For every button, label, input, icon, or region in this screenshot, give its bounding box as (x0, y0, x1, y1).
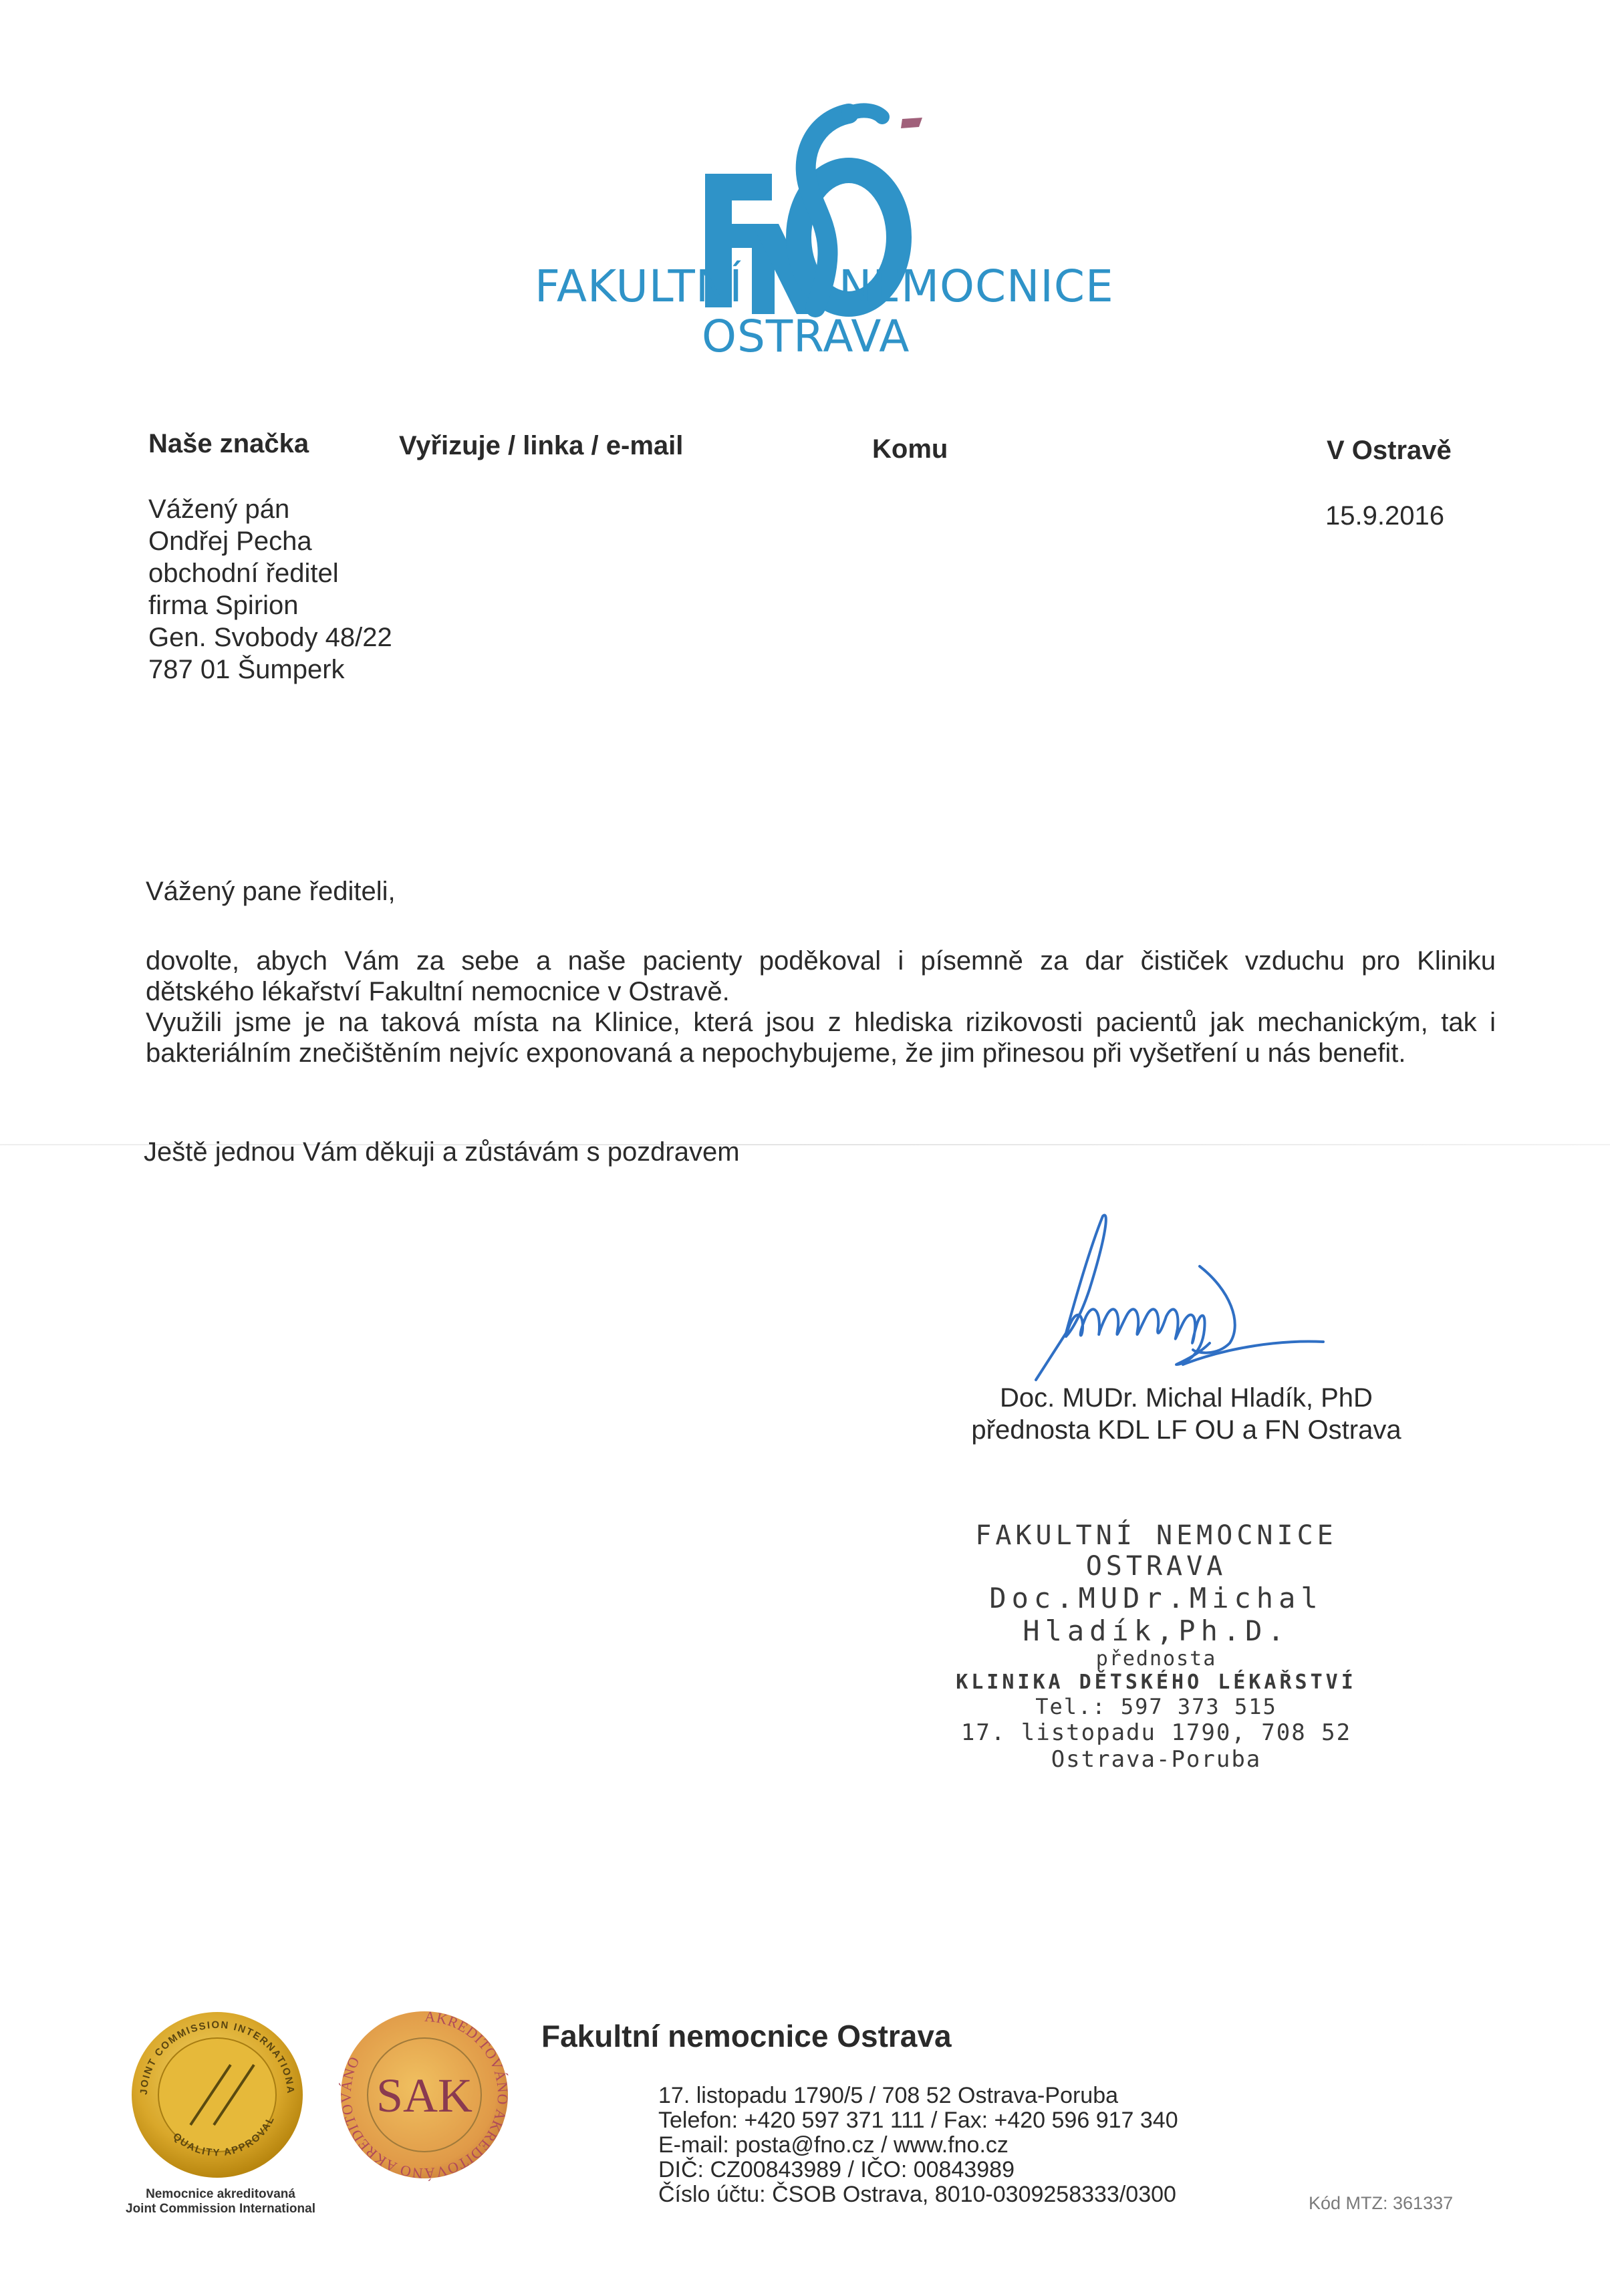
address-line: 787 01 Šumperk (148, 654, 392, 686)
footer-hospital-name: Fakultní nemocnice Ostrava (541, 2018, 952, 2054)
footer-email-web: E-mail: posta@fno.cz / www.fno.cz (658, 2133, 1178, 2158)
closing-line: Ještě jednou Vám děkuji a zůstávám s poz… (144, 1136, 740, 1168)
footer-contact-block: 17. listopadu 1790/5 / 708 52 Ostrava-Po… (658, 2084, 1178, 2207)
letter-date: 15.9.2016 (1325, 500, 1444, 532)
handled-by-label: Vyřizuje / linka / e-mail (399, 431, 683, 461)
handwritten-signature (1029, 1209, 1363, 1397)
sak-seal: AKREDITOVÁNO AKREDITOVÁNO AKREDITOVÁNO S… (338, 2008, 511, 2182)
address-line: Vážený pán (148, 493, 392, 525)
logo-text-ostrava: OSTRAVA (702, 311, 910, 362)
stamp-line: 17. listopadu 1790, 708 52 Ostrava-Porub… (902, 1719, 1410, 1773)
footer-phone-fax: Telefon: +420 597 371 111 / Fax: +420 59… (658, 2108, 1178, 2133)
address-line: Gen. Svobody 48/22 (148, 621, 392, 654)
footer-bank-account: Číslo účtu: ČSOB Ostrava, 8010-030925833… (658, 2182, 1178, 2207)
stamp-line: Doc.MUDr.Michal Hladík,Ph.D. (902, 1582, 1410, 1647)
body-line: dětského lékařství Fakultní nemocnice v … (146, 976, 1496, 1007)
recipient-address: Vážený pán Ondřej Pecha obchodní ředitel… (148, 493, 392, 686)
signatory-title: přednosta KDL LF OU a FN Ostrava (922, 1414, 1450, 1446)
body-line: Využili jsme je na taková místa na Klini… (146, 1007, 1496, 1038)
stamp-line: KLINIKA DĚTSKÉHO LÉKAŘSTVÍ (902, 1671, 1410, 1694)
footer-tax-ids: DIČ: CZ00843989 / IČO: 00843989 (658, 2158, 1178, 2182)
jci-seal-icon: JOINT COMMISSION INTERNATIONAL QUALITY A… (127, 2008, 307, 2182)
sak-center-text: SAK (376, 2069, 473, 2122)
hospital-logo: FAKULTNÍ NEMOCNICE OSTRAVA (535, 94, 1109, 374)
signature-icon (1029, 1209, 1363, 1397)
logo-text-nemocnice: NEMOCNICE (839, 261, 1114, 312)
signatory-name: Doc. MUDr. Michal Hladík, PhD (922, 1382, 1450, 1414)
stamp-line: Tel.: 597 373 515 (902, 1694, 1410, 1719)
sak-seal-icon: AKREDITOVÁNO AKREDITOVÁNO AKREDITOVÁNO S… (338, 2008, 511, 2182)
jci-caption-line: Nemocnice akreditovaná (114, 2187, 327, 2202)
letter-body: dovolte, abych Vám za sebe a naše pacien… (146, 946, 1496, 1068)
body-line: bakteriálním znečištěním nejvíc exponova… (146, 1038, 1496, 1068)
stamp-line: FAKULTNÍ NEMOCNICE OSTRAVA (902, 1520, 1410, 1582)
address-line: Ondřej Pecha (148, 525, 392, 557)
jci-seal: JOINT COMMISSION INTERNATIONAL QUALITY A… (127, 2008, 307, 2182)
address-line: obchodní ředitel (148, 557, 392, 589)
mtz-code: Kód MTZ: 361337 (1309, 2193, 1453, 2214)
place-label: V Ostravě (1327, 436, 1452, 466)
logo-text-fakultni: FAKULTNÍ (535, 261, 743, 312)
jci-caption: Nemocnice akreditovaná Joint Commission … (114, 2187, 327, 2216)
our-reference-label: Naše značka (148, 429, 309, 459)
stamp-line: přednosta (902, 1647, 1410, 1671)
jci-caption-line: Joint Commission International (114, 2202, 327, 2216)
address-line: firma Spirion (148, 589, 392, 621)
salutation: Vážený pane řediteli, (146, 875, 396, 907)
body-line: dovolte, abych Vám za sebe a naše pacien… (146, 946, 1496, 976)
recipient-label: Komu (872, 434, 948, 464)
signatory-block: Doc. MUDr. Michal Hladík, PhD přednosta … (922, 1382, 1450, 1446)
footer-address: 17. listopadu 1790/5 / 708 52 Ostrava-Po… (658, 2084, 1178, 2108)
official-stamp: FAKULTNÍ NEMOCNICE OSTRAVA Doc.MUDr.Mich… (902, 1520, 1410, 1773)
